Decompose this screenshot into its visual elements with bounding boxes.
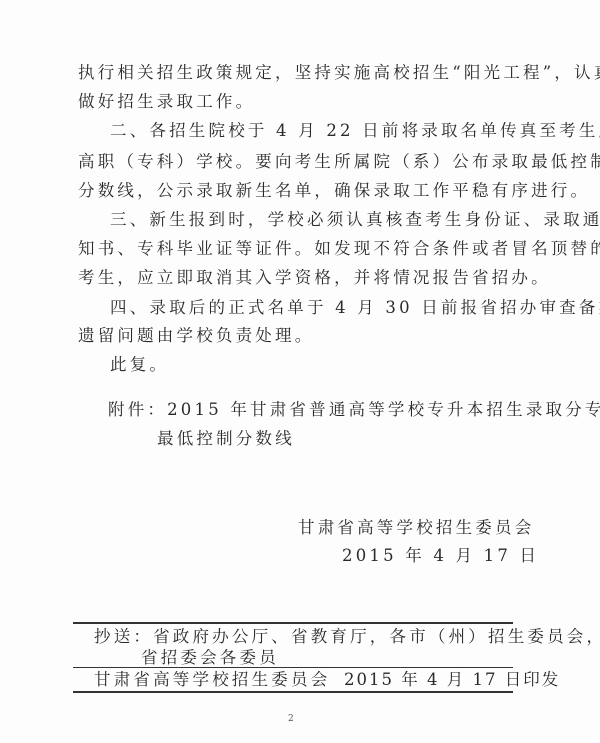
footer-rule-bottom: [73, 691, 513, 693]
cc-line: 省招委会各委员: [141, 648, 279, 668]
body-line: 执行相关招生政策规定，坚持实施高校招生“阳光工程”，认真: [78, 63, 600, 83]
paragraph-three: 三、新生报到时，学校必须认真核查考生身份证、录取通: [110, 210, 600, 230]
body-line: 考生，应立即取消其入学资格，并将情况报告省招办。: [78, 268, 551, 288]
body-line: 知书、专科毕业证等证件。如发现不符合条件或者冒名顶替的: [78, 239, 600, 259]
body-line: 遗留问题由学校负责处理。: [78, 326, 314, 346]
body-line: 分数线，公示录取新生名单，确保录取工作平稳有序进行。: [78, 181, 590, 201]
signature-organization: 甘肃省高等学校招生委员会: [298, 518, 534, 538]
issuer: 甘肃省高等学校招生委员会: [94, 670, 330, 690]
body-line: 高职（专科）学校。要向考生所属院（系）公布录取最低控制: [78, 152, 600, 172]
footer-rule-middle: [73, 667, 513, 668]
signature-date: 2015 年 4 月 17 日: [342, 546, 539, 566]
page-number: 2: [288, 714, 294, 724]
document-page: 执行相关招生政策规定，坚持实施高校招生“阳光工程”，认真 做好招生录取工作。 二…: [0, 0, 600, 743]
attachment-line: 附件：2015 年甘肃省普通高等学校专升本招生录取分专业: [108, 400, 600, 420]
footer-rule-top: [73, 622, 513, 624]
attachment-line: 最低控制分数线: [157, 429, 295, 449]
cc-line: 抄送：省政府办公厅、省教育厅，各市（州）招生委员会，: [94, 627, 600, 647]
paragraph-four: 四、录取后的正式名单于 4 月 30 日前报省招办审查备案，: [110, 298, 600, 318]
body-line: 做好招生录取工作。: [78, 92, 255, 112]
issue-date: 2015 年 4 月 17 日印发: [344, 670, 560, 690]
closing-line: 此复。: [110, 355, 169, 375]
paragraph-two: 二、各招生院校于 4 月 22 日前将录取名单传真至考生所在: [110, 121, 600, 141]
